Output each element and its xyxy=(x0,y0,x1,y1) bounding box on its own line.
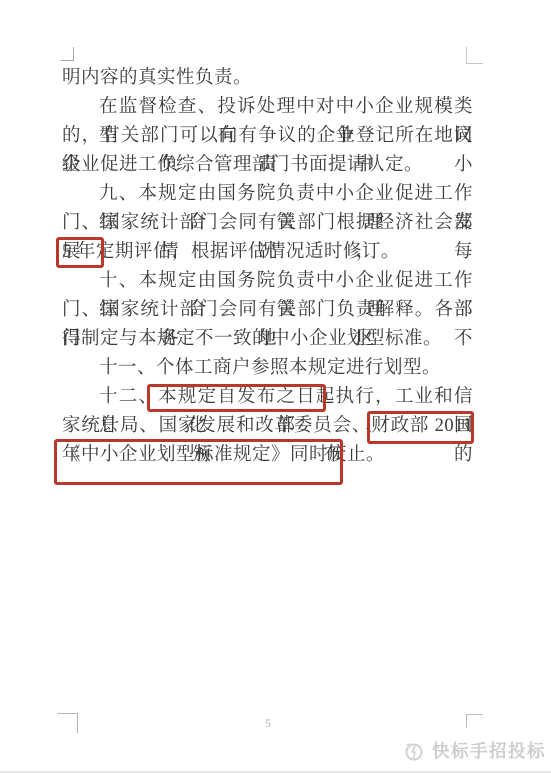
margin-corner-mark-bottom-left xyxy=(58,713,78,733)
page-number: 5 xyxy=(258,716,278,731)
highlight-box-repealed-provision xyxy=(54,439,343,485)
text-line: 门、国家统计部门会同有关部门负责解释。各部门各地区不 xyxy=(62,296,473,325)
text-line: 十一、个体工商户参照本规定进行划型。 xyxy=(62,354,473,383)
text-line: 门、国家统计部门会同有关部门根据经济社会发展情况，每 xyxy=(62,209,473,238)
kuaibiao-logo-icon xyxy=(403,740,425,762)
text-line: 得制定与本规定不一致的中小企业划型标准。 xyxy=(62,325,473,354)
highlight-box-5-years xyxy=(56,237,104,268)
text-line: 的，有关部门可以向有争议的企业登记所在地同级负责中小 xyxy=(62,122,473,151)
highlight-box-2011-issued xyxy=(367,411,474,444)
margin-corner-mark-top-right xyxy=(466,47,483,64)
text-line: 九、本规定由国务院负责中小企业促进工作综合管理部 xyxy=(62,180,473,209)
text-line: 明内容的真实性负责。 xyxy=(62,64,473,93)
text-line: 企业促进工作综合管理部门书面提请认定。 xyxy=(62,151,473,180)
margin-corner-mark-top-left xyxy=(61,47,74,61)
document-page: 明内容的真实性负责。 在监督检查、投诉处理中对中小企业规模类型有争议 的，有关部… xyxy=(0,0,551,773)
text-line: 在监督检查、投诉处理中对中小企业规模类型有争议 xyxy=(62,93,473,122)
watermark: 快标手招投标 xyxy=(403,738,546,763)
margin-corner-mark-bottom-right xyxy=(466,714,483,728)
watermark-label: 快标手招投标 xyxy=(432,738,546,763)
text-line: 十、本规定由国务院负责中小企业促进工作综合管理部 xyxy=(62,267,473,296)
highlight-box-effective-date xyxy=(147,384,326,412)
